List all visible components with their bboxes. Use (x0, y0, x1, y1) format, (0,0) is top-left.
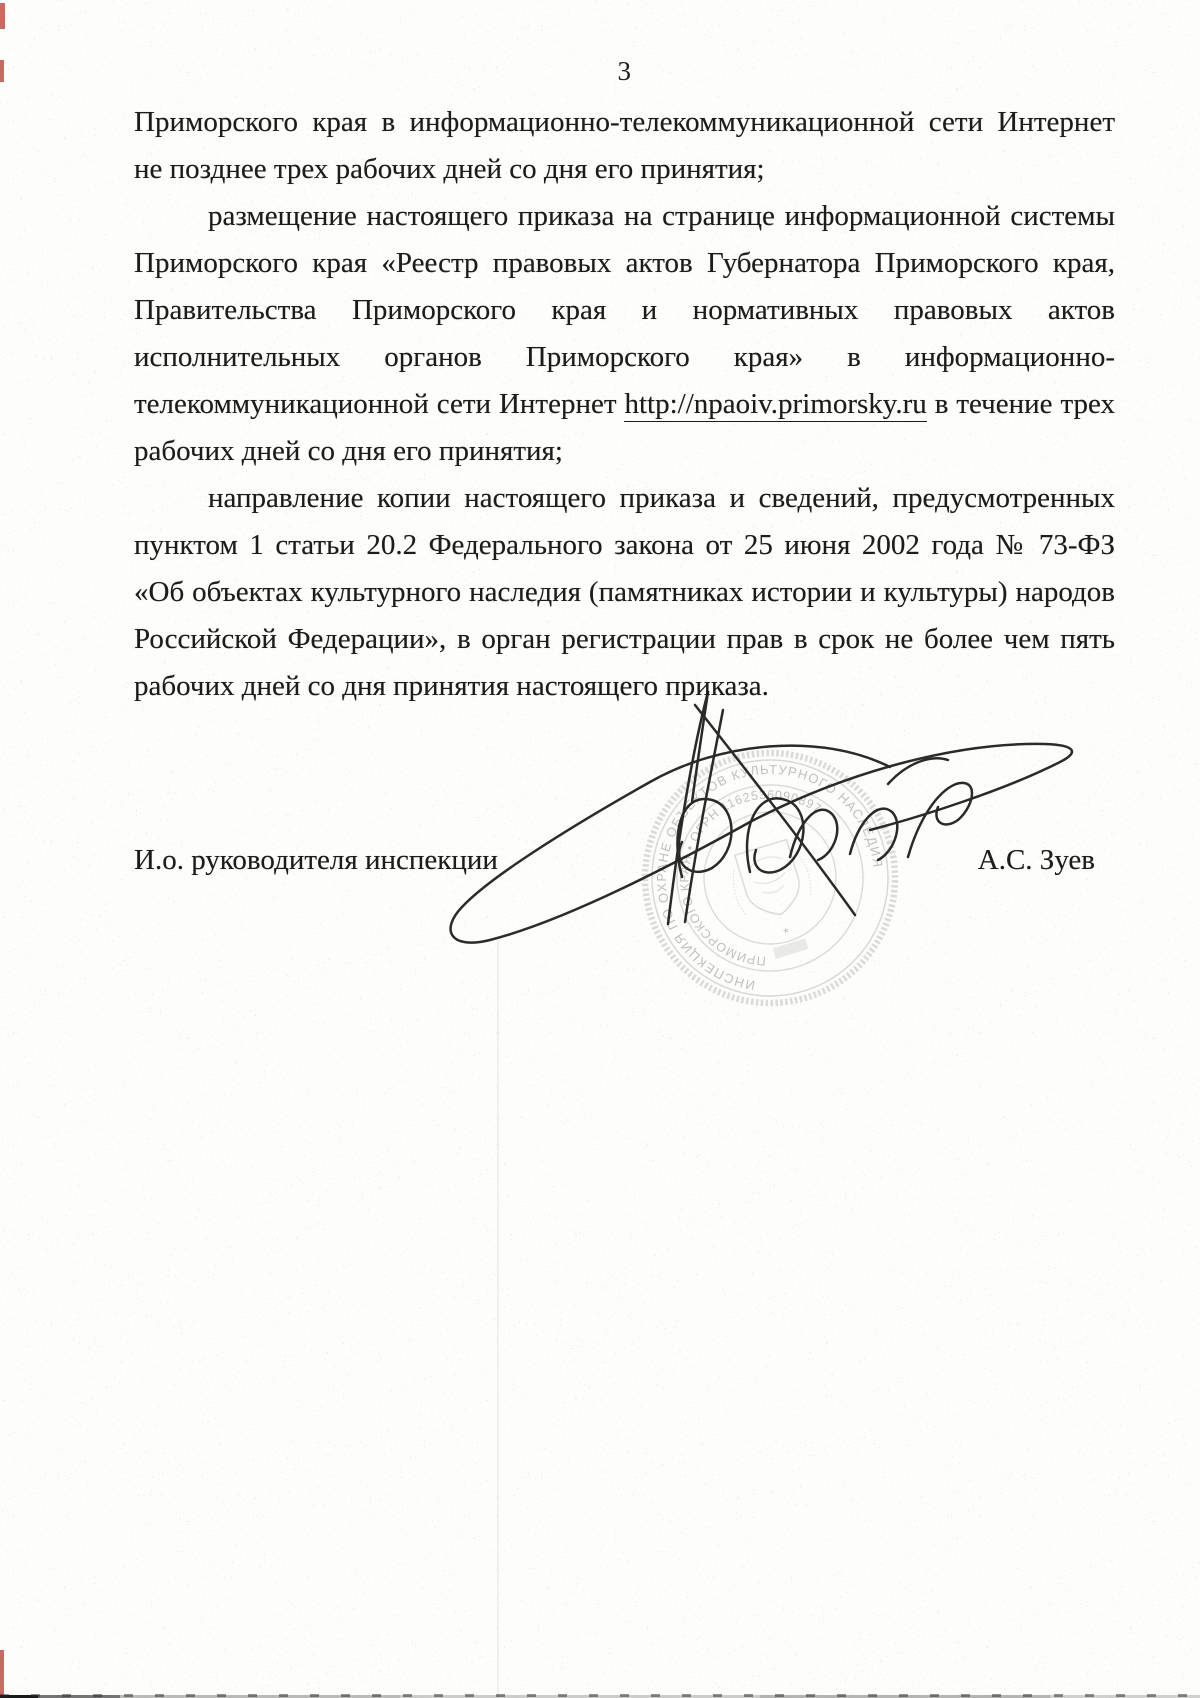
round-stamp: ИНСПЕКЦИЯ ПО ОХРАНЕ ОБЪЕКТОВ КУЛЬТУРНОГО… (640, 748, 900, 1008)
paragraph-registration: направление копии настоящего приказа и с… (134, 475, 1115, 710)
stamp-inner-ring-text: ПРИМОРСКОГО КРАЯ • ОГРН 1162536090897 (655, 770, 865, 986)
red-edge-mark (0, 60, 4, 82)
stamp-smudge-block (773, 938, 809, 958)
signature-ink (420, 672, 1100, 962)
paragraph-continuation: Приморского края в информационно-телеком… (134, 99, 1115, 193)
signature-block: И.о. руководителя инспекции А.С. Зуев (134, 844, 1115, 877)
stamp-star-glyph: * (782, 924, 792, 941)
paragraph-publication: размещение настоящего приказа на страниц… (134, 193, 1115, 475)
document-body: Приморского края в информационно-телеком… (134, 99, 1115, 710)
url-text: http://npaoiv.primorsky.ru (624, 388, 926, 422)
scanned-document-page: 3 Приморского края в информационно-телек… (0, 0, 1200, 1698)
bottom-edge-dashes (0, 1694, 1200, 1697)
signature-position-label: И.о. руководителя инспекции (134, 844, 498, 877)
red-edge-mark (0, 1650, 4, 1696)
scan-streak (497, 940, 499, 1698)
red-edge-mark (0, 3, 5, 29)
signer-name: А.С. Зуев (978, 844, 1115, 877)
stamp-outer-ring-text: ИНСПЕКЦИЯ ПО ОХРАНЕ ОБЪЕКТОВ КУЛЬТУРНОГО… (640, 748, 900, 1008)
paragraph-text: размещение настоящего приказа на страниц… (134, 200, 1115, 420)
page-number: 3 (134, 56, 1115, 87)
stamp-beaded-border (640, 748, 900, 1008)
